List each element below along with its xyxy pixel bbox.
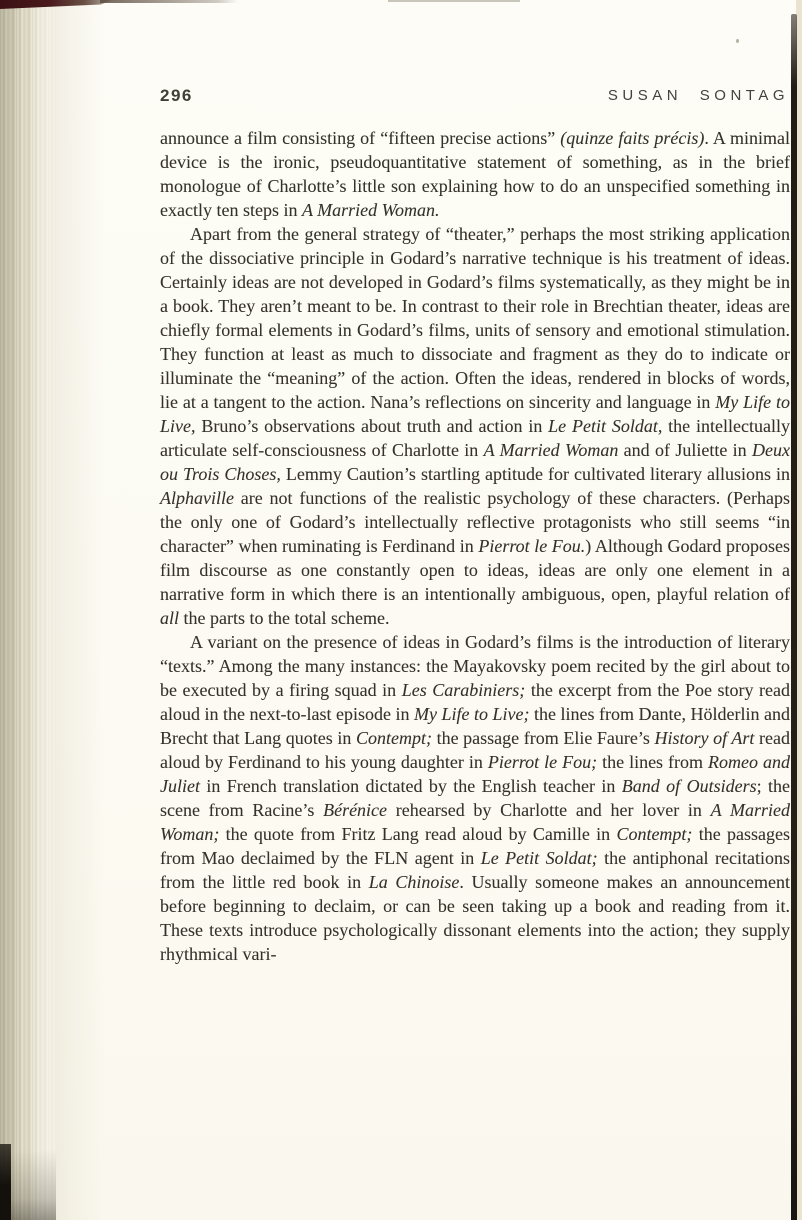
italic-text-segment: Pierrot le Fou; [488,752,597,772]
page-body: announce a film consisting of “fifteen p… [160,126,790,966]
italic-text-segment: Les Carabiniers; [402,680,526,700]
text-segment: in French translation dictated by the En… [200,776,622,796]
scan-top-artifact-line [388,0,520,2]
text-segment: Lemmy Caution’s startling aptitude for c… [281,464,790,484]
italic-text-segment: A Married Woman [484,440,619,460]
paragraph: A variant on the presence of ideas in Go… [160,630,790,966]
paragraph: Apart from the general strategy of “thea… [160,222,790,630]
scan-speck [736,39,739,43]
running-head-author: SUSAN SONTAG [608,87,789,104]
italic-text-segment: Contempt; [616,824,692,844]
right-book-edge-shadow [791,14,797,1220]
italic-text-segment: Contempt; [356,728,432,748]
italic-text-segment: all [160,608,179,628]
text-segment: Apart from the general strategy of “thea… [160,224,790,412]
book-cover-bottom-edge [0,1144,11,1220]
book-cover-top-edge [0,0,112,9]
text-segment: and of Juliette in [618,440,752,460]
text-segment: the parts to the total scheme. [179,608,389,628]
book-page-edges [0,0,56,1220]
text-segment: Bruno’s observations about truth and act… [196,416,549,436]
book-page-scan: 296 SUSAN SONTAG announce a film consist… [0,0,802,1220]
italic-text-segment: (quinze faits précis) [560,128,704,148]
italic-text-segment: My Life to Live; [414,704,530,724]
italic-text-segment: History of Art [655,728,755,748]
italic-text-segment: Le Petit Soldat; [481,848,598,868]
book-cover-top-hairline [100,0,238,3]
italic-text-segment: Alphaville [160,488,234,508]
text-segment: announce a film consisting of “fifteen p… [160,128,560,148]
text-segment: the quote from Fritz Lang read aloud by … [219,824,616,844]
italic-text-segment: Pierrot le Fou. [478,536,585,556]
page-number: 296 [160,86,193,106]
text-segment: rehearsed by Charlotte and her lover in [387,800,711,820]
italic-text-segment: Le Petit Soldat, [548,416,662,436]
italic-text-segment: Band of Outsiders [622,776,757,796]
italic-text-segment: A Married Woman. [302,200,440,220]
paragraph: announce a film consisting of “fifteen p… [160,126,790,222]
text-segment: the passage from Elie Faure’s [432,728,655,748]
italic-text-segment: La Chinoise [369,872,460,892]
text-segment: the lines from [597,752,708,772]
italic-text-segment: Bérénice [323,800,387,820]
